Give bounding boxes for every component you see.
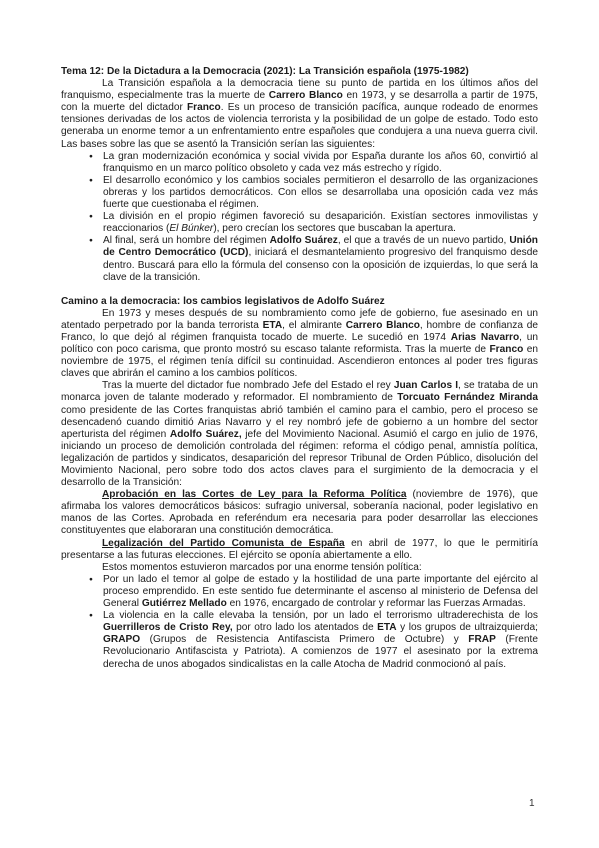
- bold-term: Carrero Blanco: [269, 90, 343, 101]
- underlined-term: Aprobación en las Cortes de Ley para la …: [102, 489, 406, 500]
- section-heading: Camino a la democracia: los cambios legi…: [61, 296, 538, 308]
- list-item: Al final, será un hombre del régimen Ado…: [103, 235, 538, 283]
- list-item: La violencia en la calle elevaba la tens…: [103, 610, 538, 670]
- bold-term: Franco: [187, 102, 221, 113]
- bases-list: La gran modernización económica y social…: [61, 151, 538, 284]
- tension-list: Por un lado el temor al golpe de estado …: [61, 574, 538, 671]
- bold-term: Adolfo Suárez,: [170, 429, 242, 440]
- bold-term: Gutiérrez Mellado: [142, 598, 227, 609]
- body-paragraph: Estos momentos estuvieron marcados por u…: [61, 562, 538, 574]
- bold-term: Adolfo Suárez: [270, 235, 338, 246]
- italic-term: El Búnker: [169, 223, 213, 234]
- list-item: El desarrollo económico y los cambios so…: [103, 175, 538, 211]
- list-item: Por un lado el temor al golpe de estado …: [103, 574, 538, 610]
- list-item: La gran modernización económica y social…: [103, 151, 538, 175]
- bold-term: Franco: [490, 344, 524, 355]
- bold-term: FRAP: [468, 634, 496, 645]
- underlined-term: Legalización del Partido Comunista de Es…: [102, 538, 345, 549]
- bold-term: Arias Navarro: [451, 332, 519, 343]
- bold-term: Carrero Blanco: [346, 320, 420, 331]
- bold-term: GRAPO: [103, 634, 140, 645]
- bold-term: ETA: [263, 320, 283, 331]
- page-number: 1: [529, 798, 535, 809]
- body-paragraph: Tras la muerte del dictador fue nombrado…: [61, 380, 538, 489]
- bold-term: Juan Carlos I: [394, 380, 458, 391]
- body-paragraph: Aprobación en las Cortes de Ley para la …: [61, 489, 538, 537]
- body-paragraph: En 1973 y meses después de su nombramien…: [61, 308, 538, 381]
- document-title: Tema 12: De la Dictadura a la Democracia…: [61, 66, 538, 78]
- intro-paragraph: La Transición española a la democracia t…: [61, 78, 538, 151]
- bold-term: ETA: [377, 622, 397, 633]
- document-page: Tema 12: De la Dictadura a la Democracia…: [61, 66, 538, 671]
- body-paragraph: Legalización del Partido Comunista de Es…: [61, 538, 538, 562]
- list-item: La división en el propio régimen favorec…: [103, 211, 538, 235]
- bold-term: Guerrilleros de Cristo Rey,: [103, 622, 233, 633]
- bold-term: Torcuato Fernández Miranda: [397, 392, 538, 403]
